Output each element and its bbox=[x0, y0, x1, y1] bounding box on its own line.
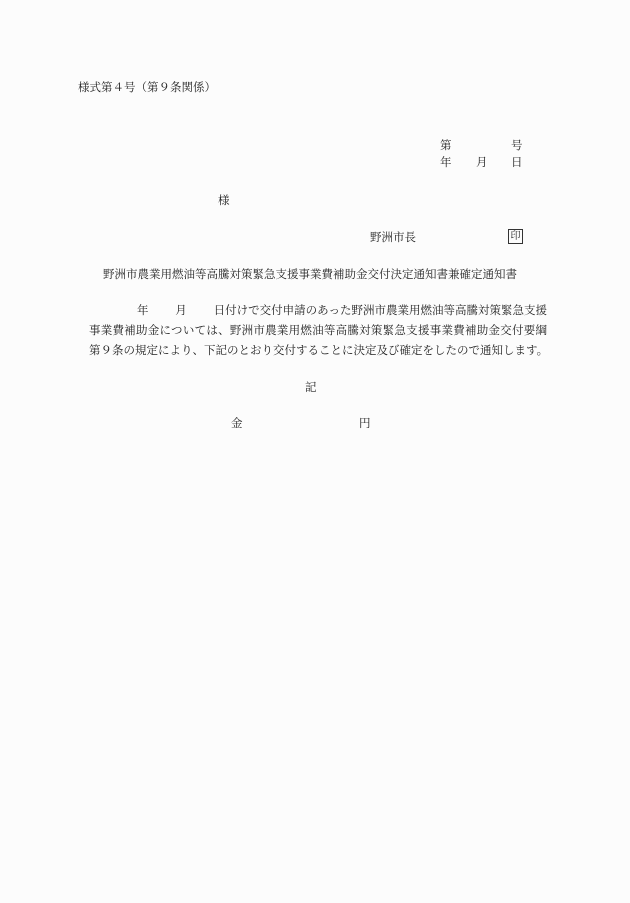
amount-suffix: 円 bbox=[359, 416, 371, 430]
body-line-1-text: 日付けで交付申請のあった野洲市農業用燃油等高騰対策緊急支援 bbox=[214, 303, 547, 317]
body-line-3: 第９条の規定により、下記のとおり交付することに決定及び確定をしたので通知します。 bbox=[89, 343, 547, 357]
amount-prefix: 金 bbox=[231, 416, 243, 430]
date-month-label: 月 bbox=[476, 155, 488, 169]
document-number-suffix: 号 bbox=[511, 138, 523, 152]
body-line-1: 年 月 日付けで交付申請のあった野洲市農業用燃油等高騰対策緊急支援 bbox=[89, 303, 547, 317]
addressee-suffix: 様 bbox=[218, 193, 230, 207]
form-label: 様式第４号（第９条関係） bbox=[78, 80, 216, 94]
date-year-label: 年 bbox=[440, 155, 452, 169]
record-label: 記 bbox=[305, 380, 317, 394]
document-title: 野洲市農業用燃油等高騰対策緊急支援事業費補助金交付決定通知書兼確定通知書 bbox=[103, 267, 517, 281]
document-number-prefix: 第 bbox=[440, 138, 452, 152]
body-year-label: 年 bbox=[89, 303, 149, 317]
date-day-label: 日 bbox=[511, 155, 523, 169]
seal-mark: 印 bbox=[508, 229, 523, 244]
body-line-2: 事業費補助金については、野洲市農業用燃油等高騰対策緊急支援事業費補助金交付要綱 bbox=[89, 323, 547, 337]
issuer-name: 野洲市長 bbox=[370, 230, 416, 244]
body-month-label: 月 bbox=[175, 303, 187, 317]
